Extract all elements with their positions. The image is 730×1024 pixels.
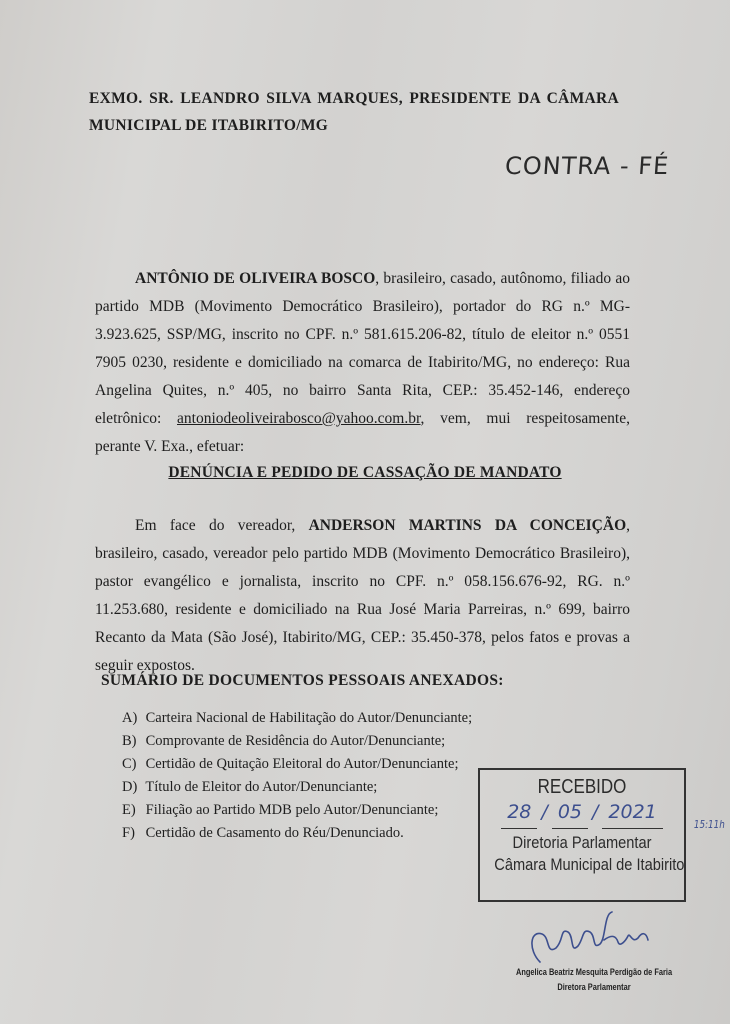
stamp-organization: Câmara Municipal de Itabirito	[494, 855, 669, 875]
item-letter: F)	[122, 822, 142, 845]
attachments-heading: SUMÁRIO DE DOCUMENTOS PESSOAIS ANEXADOS:	[101, 672, 504, 690]
item-text: Título de Eleitor do Autor/Denunciante;	[145, 779, 377, 795]
item-text: Comprovante de Residência do Autor/Denun…	[146, 733, 446, 749]
stamp-label: RECEBIDO	[495, 776, 668, 799]
addressee-line-2: MUNICIPAL DE ITABIRITO/MG	[89, 117, 328, 134]
author-name: ANTÔNIO DE OLIVEIRA BOSCO	[135, 270, 375, 287]
document-page: EXMO. SR. LEANDRO SILVA MARQUES, PRESIDE…	[0, 0, 730, 1024]
stamp-department: Diretoria Parlamentar	[494, 833, 669, 853]
date-separator: /	[541, 801, 547, 829]
attachments-list: A) Carteira Nacional de Habilitação do A…	[122, 707, 472, 845]
item-letter: C)	[122, 753, 142, 776]
defendant-prefix: Em face do vereador,	[135, 517, 309, 534]
stamp-year: 2021	[602, 801, 662, 829]
item-text: Carteira Nacional de Habilitação do Auto…	[146, 710, 473, 726]
handwritten-note: CONTRA - FÉ	[504, 152, 670, 180]
author-details: , brasileiro, casado, autônomo, filiado …	[95, 270, 630, 427]
item-letter: E)	[122, 799, 142, 822]
stamp-time-note: 15:11h	[694, 818, 725, 831]
author-paragraph: ANTÔNIO DE OLIVEIRA BOSCO, brasileiro, c…	[95, 265, 630, 461]
signatory-name: Angelica Beatriz Mesquita Perdigão de Fa…	[516, 967, 672, 978]
addressee-line-1: EXMO. SR. LEANDRO SILVA MARQUES, PRESIDE…	[89, 85, 619, 112]
date-separator: /	[592, 801, 598, 829]
defendant-details: , brasileiro, casado, vereador pelo part…	[95, 517, 630, 674]
received-stamp: RECEBIDO 28 / 05 / 2021 Diretoria Parlam…	[478, 768, 686, 902]
signatory-role: Diretora Parlamentar	[516, 982, 672, 993]
list-item: A) Carteira Nacional de Habilitação do A…	[122, 707, 472, 730]
list-item: D) Título de Eleitor do Autor/Denunciant…	[122, 776, 472, 799]
item-letter: D)	[122, 776, 142, 799]
stamp-day: 28	[501, 801, 537, 829]
list-item: F) Certidão de Casamento do Réu/Denuncia…	[122, 822, 472, 845]
addressee: EXMO. SR. LEANDRO SILVA MARQUES, PRESIDE…	[89, 85, 619, 139]
signature-icon	[520, 910, 660, 965]
list-item: E) Filiação ao Partido MDB pelo Autor/De…	[122, 799, 472, 822]
item-text: Certidão de Casamento do Réu/Denunciado.	[146, 825, 404, 841]
item-letter: A)	[122, 707, 142, 730]
item-text: Filiação ao Partido MDB pelo Autor/Denun…	[146, 802, 439, 818]
list-item: B) Comprovante de Residência do Autor/De…	[122, 730, 472, 753]
document-title: DENÚNCIA E PEDIDO DE CASSAÇÃO DE MANDATO	[0, 464, 730, 482]
author-email-link[interactable]: antoniodeoliveirabosco@yahoo.com.br	[177, 410, 421, 427]
stamp-date: 28 / 05 / 2021	[480, 801, 684, 829]
list-item: C) Certidão de Quitação Eleitoral do Aut…	[122, 753, 472, 776]
item-letter: B)	[122, 730, 142, 753]
defendant-name: ANDERSON MARTINS DA CONCEIÇÃO	[309, 517, 627, 534]
defendant-paragraph: Em face do vereador, ANDERSON MARTINS DA…	[95, 512, 630, 680]
item-text: Certidão de Quitação Eleitoral do Autor/…	[146, 756, 459, 772]
stamp-month: 05	[552, 801, 588, 829]
